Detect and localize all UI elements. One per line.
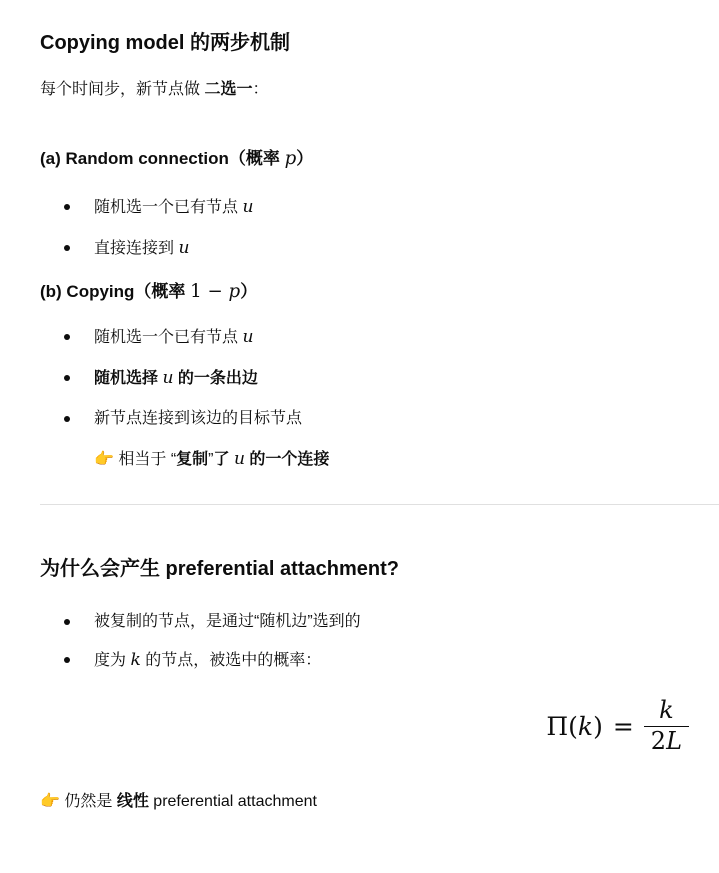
equals-sign: = xyxy=(613,712,634,741)
text-segment: 相当于 xyxy=(118,451,170,468)
option-a-title: (a) Random connection（概率 p） xyxy=(40,146,719,172)
text-segment: 每个时间步，新节点做 xyxy=(40,81,204,98)
list-item: 度为 k 的节点，被选中的概率： xyxy=(40,649,719,672)
option-b-title: (b) Copying（概率 1 − p） xyxy=(40,279,719,305)
text-segment: ： xyxy=(252,81,268,98)
text-segment: u xyxy=(234,449,245,469)
text-segment: ) xyxy=(593,712,603,741)
fraction-denominator: 2L xyxy=(644,726,689,755)
copy-note-line: 👉 相当于 “复制”了 u 的一个连接 xyxy=(94,444,719,475)
text-segment: 的一条出边 xyxy=(173,370,257,387)
fraction: k 2L xyxy=(644,697,689,755)
text-segment: k xyxy=(130,650,140,670)
text-segment: ） xyxy=(240,282,257,301)
text-segment: 直接连接到 xyxy=(94,240,178,257)
section2-list: 被复制的节点，是通过“随机边”选到的 度为 k 的节点，被选中的概率： xyxy=(40,611,719,672)
document: Copying model 的两步机制 每个时间步，新节点做 二选一： (a) … xyxy=(0,0,719,873)
text-segment: L xyxy=(666,727,682,755)
list-item: 随机选择 u 的一条出边 xyxy=(40,367,719,390)
text-segment: u xyxy=(242,327,253,347)
fraction-numerator: k xyxy=(652,697,681,726)
list-item: 直接连接到 u xyxy=(40,237,719,260)
intro-paragraph: 每个时间步，新节点做 二选一： xyxy=(40,78,719,102)
text-segment: u xyxy=(178,238,189,258)
option-b-list: 随机选一个已有节点 u 随机选择 u 的一条出边 新节点连接到该边的目标节点 👉… xyxy=(40,326,719,475)
text-segment: preferential attachment xyxy=(149,793,317,810)
text-segment: 1 − xyxy=(190,281,228,302)
section-divider xyxy=(40,504,719,505)
section2-heading: 为什么会产生 preferential attachment? xyxy=(40,556,719,583)
text-segment: ） xyxy=(296,149,313,168)
text-segment: u xyxy=(242,197,253,217)
point-right-emoji: 👉 xyxy=(94,451,118,468)
section1-heading: Copying model 的两步机制 xyxy=(40,30,719,56)
math-formula: Π(k) = k 2L xyxy=(40,690,689,762)
text-segment: 复制 xyxy=(176,451,208,468)
list-item: 新节点连接到该边的目标节点 👉 相当于 “复制”了 u 的一个连接 xyxy=(40,408,719,475)
text-segment: (a) Random connection（概率 xyxy=(40,149,285,168)
text-segment: k xyxy=(578,712,593,741)
text-segment: 随机选一个已有节点 xyxy=(94,329,242,346)
text-segment: p xyxy=(285,148,297,169)
formula-lhs: Π(k) xyxy=(546,712,602,741)
point-right-emoji: 👉 xyxy=(40,793,64,810)
text-segment: 度为 xyxy=(94,652,130,669)
text-segment: 新节点连接到该边的目标节点 xyxy=(94,410,302,427)
text-segment: 了 xyxy=(214,451,234,468)
conclusion-line: 👉 仍然是 线性 preferential attachment xyxy=(40,788,719,816)
text-segment: 2 xyxy=(651,727,666,755)
text-segment: 的节点，被选中的概率： xyxy=(141,652,321,669)
text-segment: 的一个连接 xyxy=(245,451,329,468)
text-segment: 仍然是 xyxy=(64,793,116,810)
text-segment: u xyxy=(162,368,173,388)
text-segment: 线性 xyxy=(117,793,149,810)
text-segment: 二选一 xyxy=(204,81,252,98)
text-segment: Π( xyxy=(546,712,578,741)
option-a-list: 随机选一个已有节点 u 直接连接到 u xyxy=(40,196,719,260)
list-item: 随机选一个已有节点 u xyxy=(40,326,719,349)
text-segment: 随机选一个已有节点 xyxy=(94,199,242,216)
list-item-text: 新节点连接到该边的目标节点 xyxy=(94,410,302,427)
list-item: 随机选一个已有节点 u xyxy=(40,196,719,219)
list-item: 被复制的节点，是通过“随机边”选到的 xyxy=(40,611,719,633)
text-segment: 随机选择 xyxy=(94,370,162,387)
text-segment: p xyxy=(229,281,241,302)
text-segment: k xyxy=(659,696,674,724)
text-segment: (b) Copying（概率 xyxy=(40,282,190,301)
text-segment: 被复制的节点，是通过“随机边”选到的 xyxy=(94,613,361,630)
